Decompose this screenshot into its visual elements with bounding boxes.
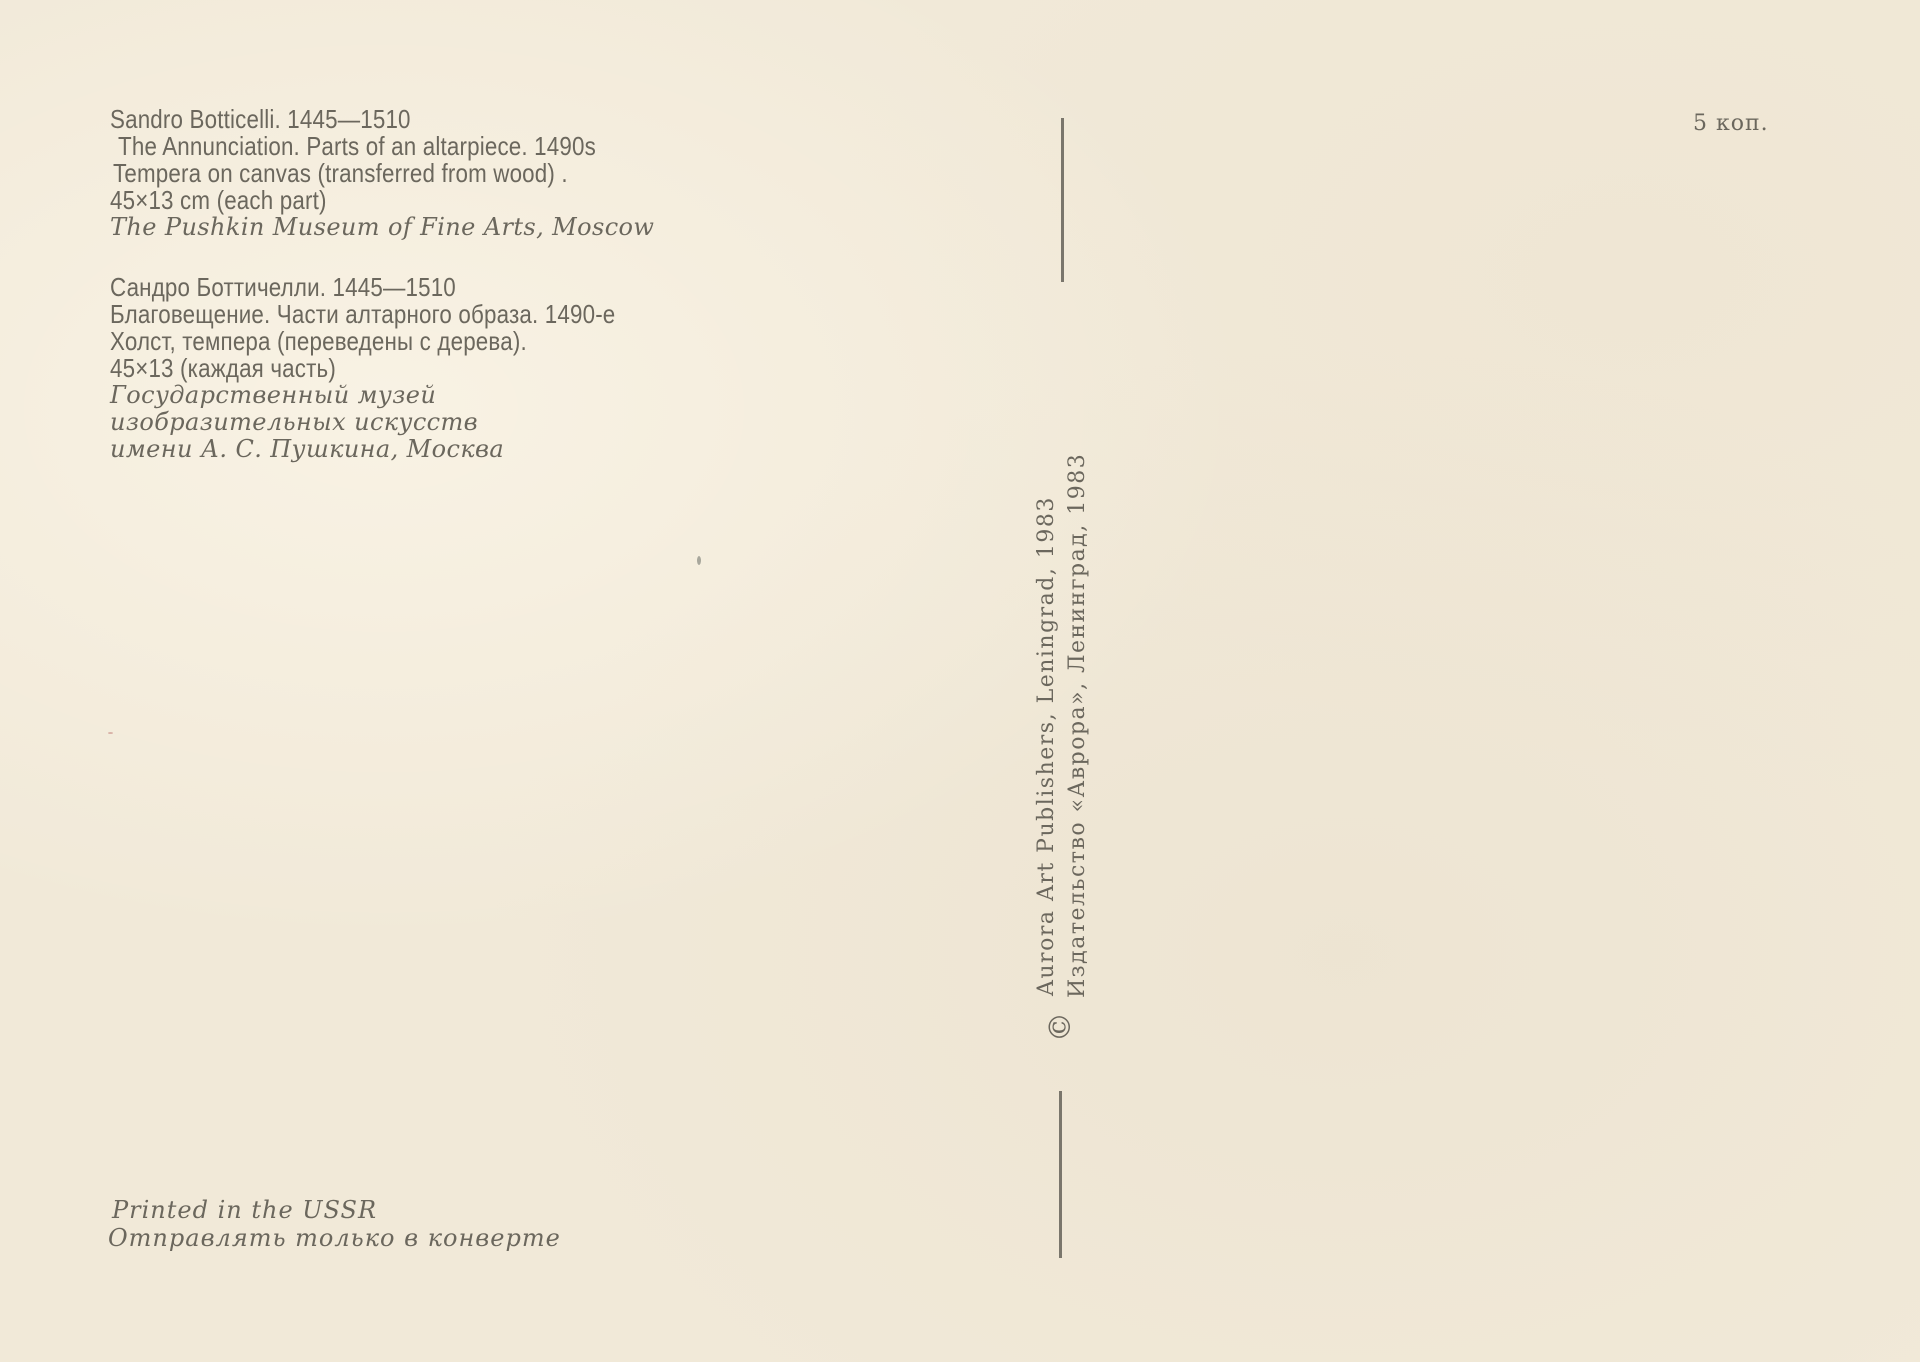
artwork-dimensions-ru: 45×13 (каждая часть) xyxy=(110,355,698,382)
museum-name-ru-line2: изобразительных искусств xyxy=(110,409,698,436)
paper-speck xyxy=(697,556,701,565)
paper-speck xyxy=(108,732,113,734)
publisher-imprint: Aurora Art Publishers, Leningrad, 1983 ©… xyxy=(1033,342,1092,1042)
envelope-note: Отправлять только в конверте xyxy=(108,1224,561,1252)
artwork-dimensions-en: 45×13 cm (each part) xyxy=(110,187,674,214)
museum-name-ru-line1: Государственный музей xyxy=(110,382,698,409)
price-label: 5 коп. xyxy=(1693,111,1769,136)
artwork-title-en: The Annunciation. Parts of an altarpiece… xyxy=(110,133,674,160)
artist-name-en: Sandro Botticelli. 1445—1510 xyxy=(110,106,674,133)
publisher-english: Aurora Art Publishers, Leningrad, 1983 xyxy=(1033,342,1061,1042)
museum-name-ru-line3: имени А. С. Пушкина, Москва xyxy=(110,436,698,463)
artwork-medium-ru: Холст, темпера (переведены с дерева). xyxy=(110,328,698,355)
artwork-medium-en: Tempera on canvas (transferred from wood… xyxy=(110,160,674,187)
russian-caption: Сандро Боттичелли. 1445—1510 Благовещени… xyxy=(110,274,698,463)
museum-name-en: The Pushkin Museum of Fine Arts, Moscow xyxy=(110,214,674,241)
publisher-russian: ©Издательство «Аврора», Ленинград, 1983 xyxy=(1061,342,1092,1042)
printed-in-ussr: Printed in the USSR xyxy=(108,1196,561,1224)
artist-name-ru: Сандро Боттичелли. 1445—1510 xyxy=(110,274,698,301)
artwork-title-ru: Благовещение. Части алтарного образа. 14… xyxy=(110,301,698,328)
english-caption: Sandro Botticelli. 1445—1510 The Annunci… xyxy=(110,106,674,241)
center-divider-bottom xyxy=(1059,1091,1062,1258)
postcard-footer: Printed in the USSR Отправлять только в … xyxy=(108,1196,561,1252)
copyright-icon: © xyxy=(1047,998,1075,1042)
center-divider-top xyxy=(1061,118,1064,282)
